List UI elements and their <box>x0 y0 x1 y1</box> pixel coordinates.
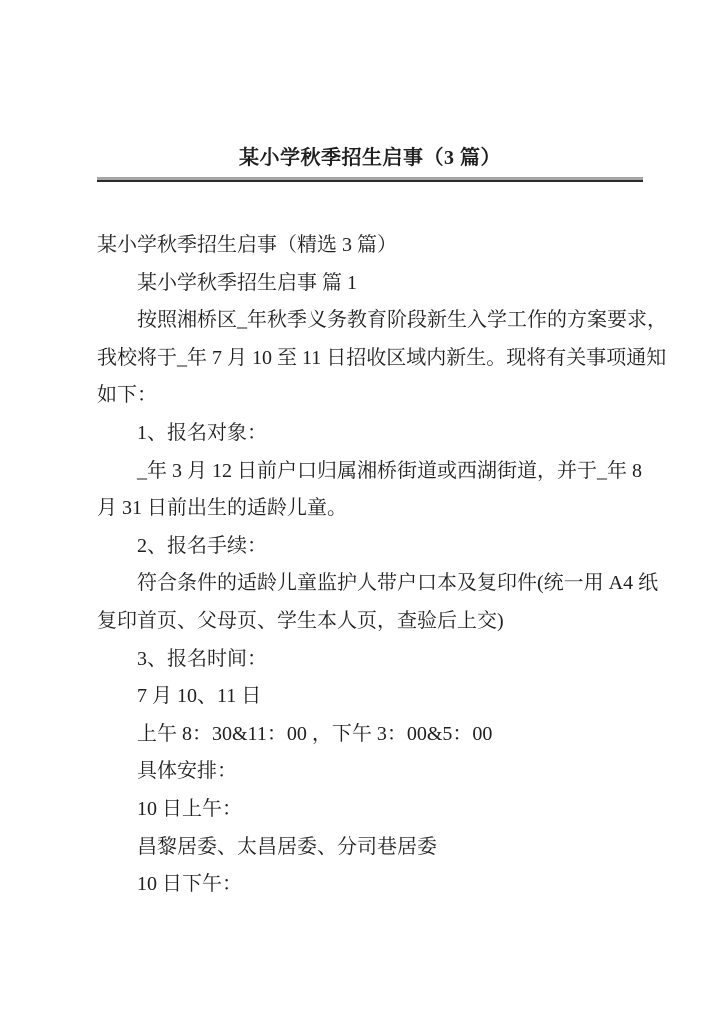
document-line: 月 31 日前出生的适龄儿童。 <box>97 490 643 528</box>
document-line: 按照湘桥区_年秋季义务教育阶段新生入学工作的方案要求， <box>97 302 643 340</box>
document-line: 1、报名对象： <box>97 415 643 453</box>
document-line: 如下： <box>97 377 643 415</box>
document-title: 某小学秋季招生启事（3 篇） <box>97 145 643 171</box>
document-line: 上午 8：30&11：00 ，下午 3：00&5：00 <box>97 716 643 754</box>
document-line: 7 月 10、11 日 <box>97 678 643 716</box>
document-line: 具体安排： <box>97 753 643 791</box>
document-line: 我校将于_年 7 月 10 至 11 日招收区域内新生。现将有关事项通知 <box>97 340 643 378</box>
document-line: 3、报名时间： <box>97 641 643 679</box>
document-line: _年 3 月 12 日前户口归属湘桥街道或西湖街道，并于_年 8 <box>97 453 643 491</box>
document-line: 某小学秋季招生启事 篇 1 <box>97 265 643 303</box>
title-divider <box>97 177 643 182</box>
document-line: 复印首页、父母页、学生本人页，查验后上交) <box>97 603 643 641</box>
document-line: 2、报名手续： <box>97 528 643 566</box>
document-line: 10 日下午： <box>97 866 643 904</box>
document-line: 10 日上午： <box>97 791 643 829</box>
document-content: 某小学秋季招生启事（3 篇） 某小学秋季招生启事（精选 3 篇）某小学秋季招生启… <box>97 0 643 904</box>
document-page: 某小学秋季招生启事（3 篇） 某小学秋季招生启事（精选 3 篇）某小学秋季招生启… <box>0 0 720 1018</box>
document-line: 昌黎居委、太昌居委、分司巷居委 <box>97 829 643 867</box>
document-line: 某小学秋季招生启事（精选 3 篇） <box>97 227 643 265</box>
document-line: 符合条件的适龄儿童监护人带户口本及复印件(统一用 A4 纸 <box>97 565 643 603</box>
document-body: 某小学秋季招生启事（精选 3 篇）某小学秋季招生启事 篇 1按照湘桥区_年秋季义… <box>97 227 643 904</box>
